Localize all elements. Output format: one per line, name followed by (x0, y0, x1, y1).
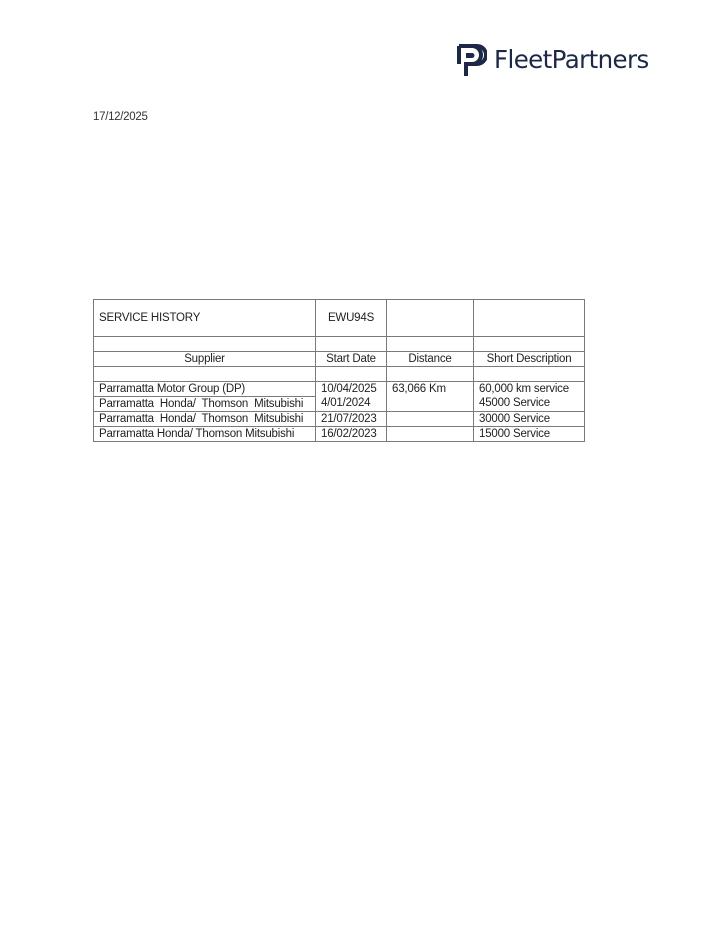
distance-cell (387, 427, 474, 442)
supplier-cell: Parramatta Honda/ Thomson Mitsubishi (94, 397, 316, 412)
column-header-distance: Distance (387, 352, 474, 367)
column-header-description: Short Description (474, 352, 585, 367)
table-row: Parramatta Honda/ Thomson Mitsubishi 4/0… (94, 397, 585, 412)
empty-cell (474, 300, 585, 337)
registration-number: EWU94S (316, 300, 387, 337)
supplier-cell: Parramatta Honda/ Thomson Mitsubishi (94, 412, 316, 427)
service-history-table: SERVICE HISTORY EWU94S Supplier Start Da… (93, 299, 585, 442)
description-cell: 30000 Service (474, 412, 585, 427)
distance-cell: 63,066 Km (387, 382, 474, 397)
description-cell: 45000 Service (474, 397, 585, 412)
logo-wordmark: FleetPartners (494, 48, 649, 73)
table-row: Parramatta Honda/ Thomson Mitsubishi 21/… (94, 412, 585, 427)
column-header-supplier: Supplier (94, 352, 316, 367)
table-row: Parramatta Motor Group (DP) 10/04/2025 6… (94, 382, 585, 397)
start-date-cell: 4/01/2024 (316, 397, 387, 412)
document-date: 17/12/2025 (93, 111, 148, 123)
description-cell: 60,000 km service (474, 382, 585, 397)
start-date-cell: 10/04/2025 (316, 382, 387, 397)
column-header-row: Supplier Start Date Distance Short Descr… (94, 352, 585, 367)
spacer-row (94, 367, 585, 382)
table-row: Parramatta Honda/ Thomson Mitsubishi 16/… (94, 427, 585, 442)
description-cell: 15000 Service (474, 427, 585, 442)
supplier-cell: Parramatta Honda/ Thomson Mitsubishi (94, 427, 316, 442)
distance-cell (387, 412, 474, 427)
start-date-cell: 16/02/2023 (316, 427, 387, 442)
distance-cell (387, 397, 474, 412)
table-title: SERVICE HISTORY (94, 300, 316, 337)
fleetpartners-fp-logo-icon (457, 44, 487, 78)
start-date-cell: 21/07/2023 (316, 412, 387, 427)
column-header-start-date: Start Date (316, 352, 387, 367)
table-title-row: SERVICE HISTORY EWU94S (94, 300, 585, 337)
supplier-cell: Parramatta Motor Group (DP) (94, 382, 316, 397)
fleetpartners-logo: FleetPartners (457, 44, 649, 78)
empty-cell (387, 300, 474, 337)
spacer-row (94, 337, 585, 352)
